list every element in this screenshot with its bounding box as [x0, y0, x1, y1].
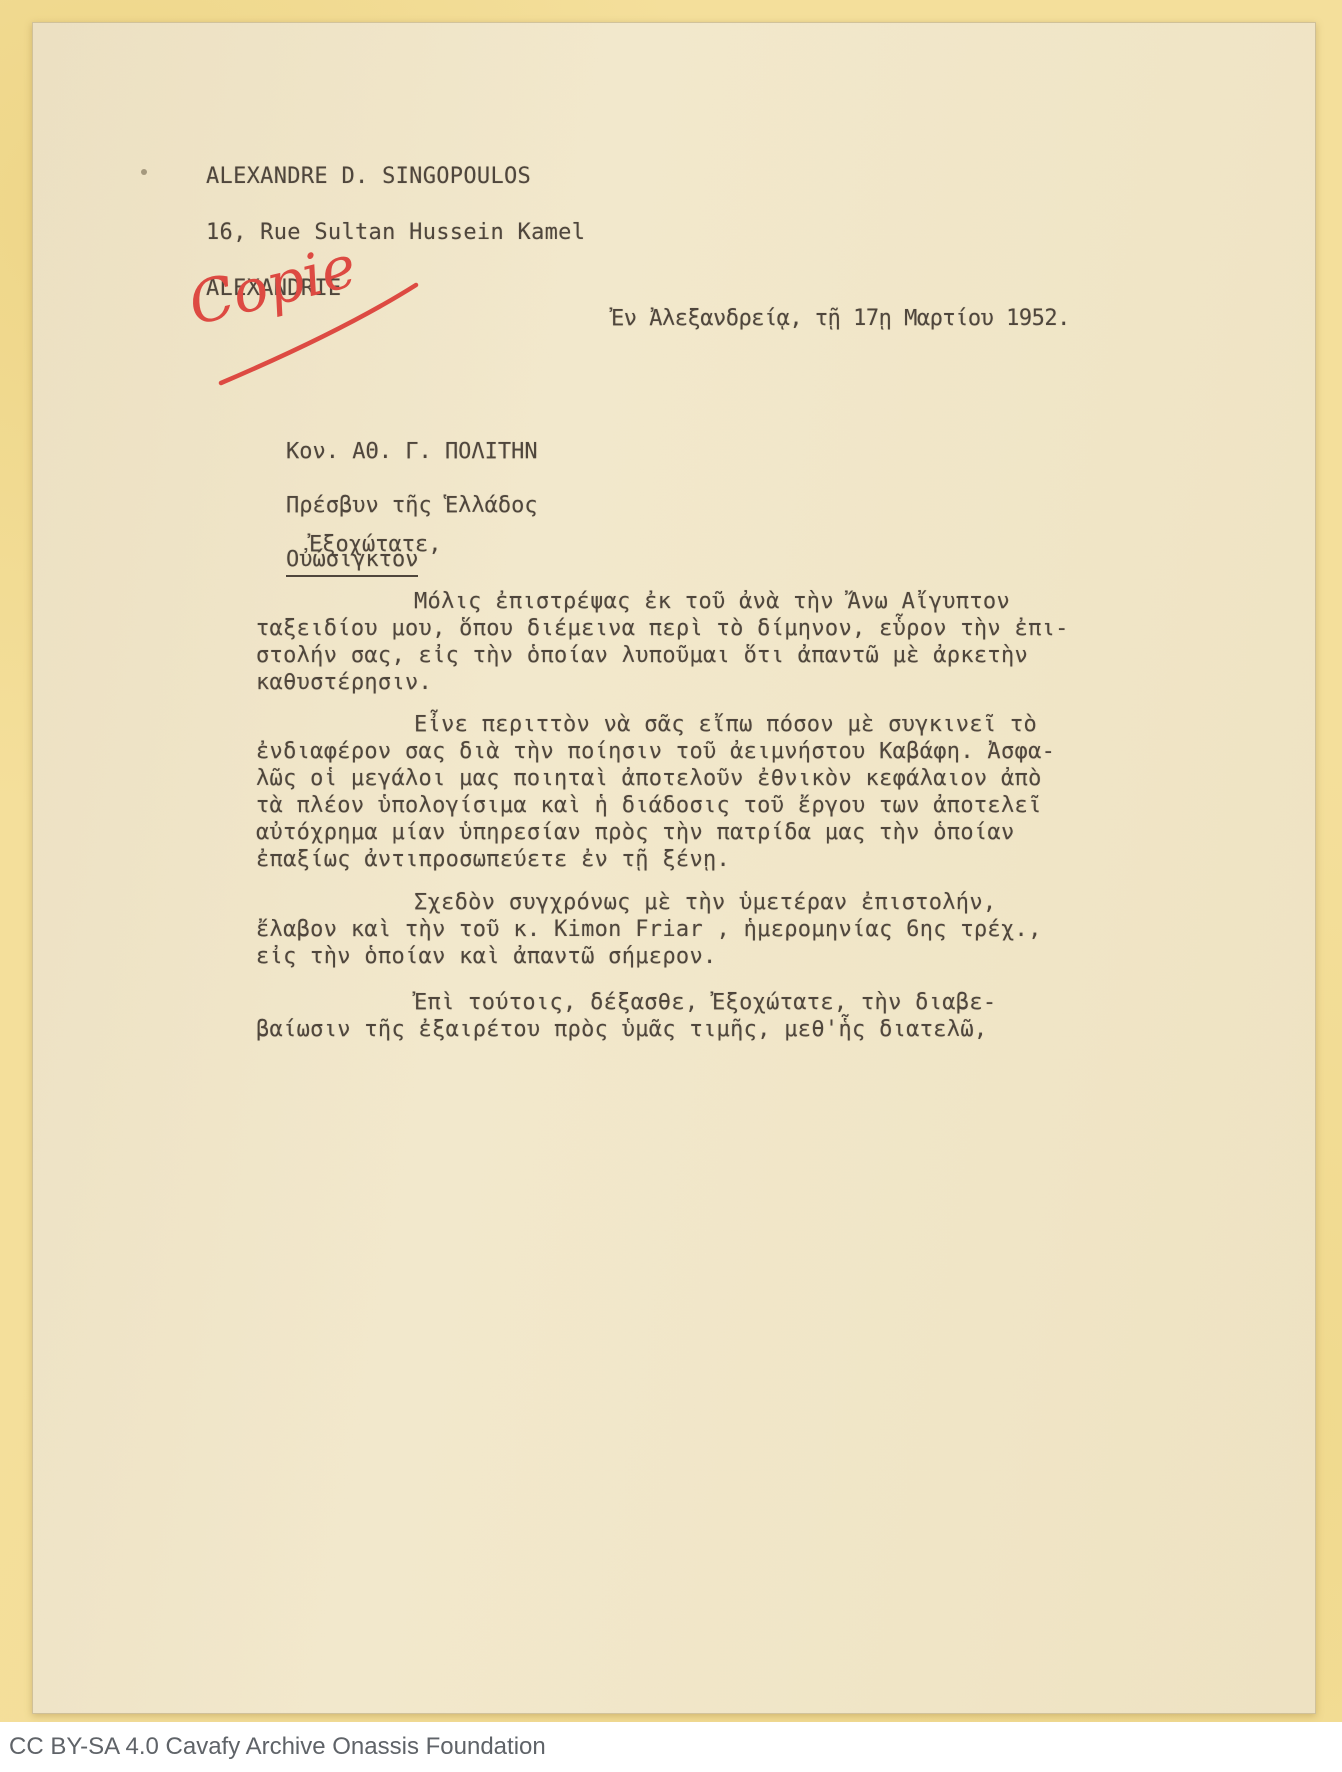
dateline: Ἐν Ἀλεξανδρείᾳ, τῇ 17ῃ Μαρτίου 1952.: [611, 305, 1070, 332]
recipient-name: Κον. ΑΘ. Γ. ΠΟΛΙΤΗΝ: [286, 438, 538, 465]
paper-speck: [141, 169, 147, 175]
recipient-title: Πρέσβυν τῆς Ἑλλάδος: [286, 492, 538, 519]
attribution-text: CC BY-SA 4.0 Cavafy Archive Onassis Foun…: [0, 1733, 546, 1761]
copie-text: Copie: [182, 233, 363, 339]
attribution-bar: CC BY-SA 4.0 Cavafy Archive Onassis Foun…: [0, 1722, 1342, 1772]
salutation: Ἐξοχώτατε,: [309, 531, 441, 558]
copie-handwritten-annotation: Copie: [173, 233, 483, 418]
letter-paper: ALEXANDRE D. SINGOPOULOS 16, Rue Sultan …: [32, 22, 1316, 1714]
body-paragraph-1: Μόλις ἐπιστρέψας ἐκ τοῦ ἀνὰ τὴν Ἄνω Αἴγυ…: [256, 588, 1136, 696]
recipient-block: Κον. ΑΘ. Γ. ΠΟΛΙΤΗΝ Πρέσβυν τῆς Ἑλλάδος …: [286, 411, 538, 604]
scanned-letter-page: ALEXANDRE D. SINGOPOULOS 16, Rue Sultan …: [0, 0, 1342, 1772]
body-paragraph-2: Εἶνε περιττὸν νὰ σᾶς εἴπω πόσον μὲ συγκι…: [256, 711, 1136, 873]
body-paragraph-4: Ἐπὶ τούτοις, δέξασθε, Ἐξοχώτατε, τὴν δια…: [256, 989, 1136, 1043]
body-paragraph-3: Σχεδὸν συγχρόνως μὲ τὴν ὑμετέραν ἐπιστολ…: [256, 889, 1136, 970]
letterhead-name: ALEXANDRE D. SINGOPOULOS: [206, 163, 585, 191]
